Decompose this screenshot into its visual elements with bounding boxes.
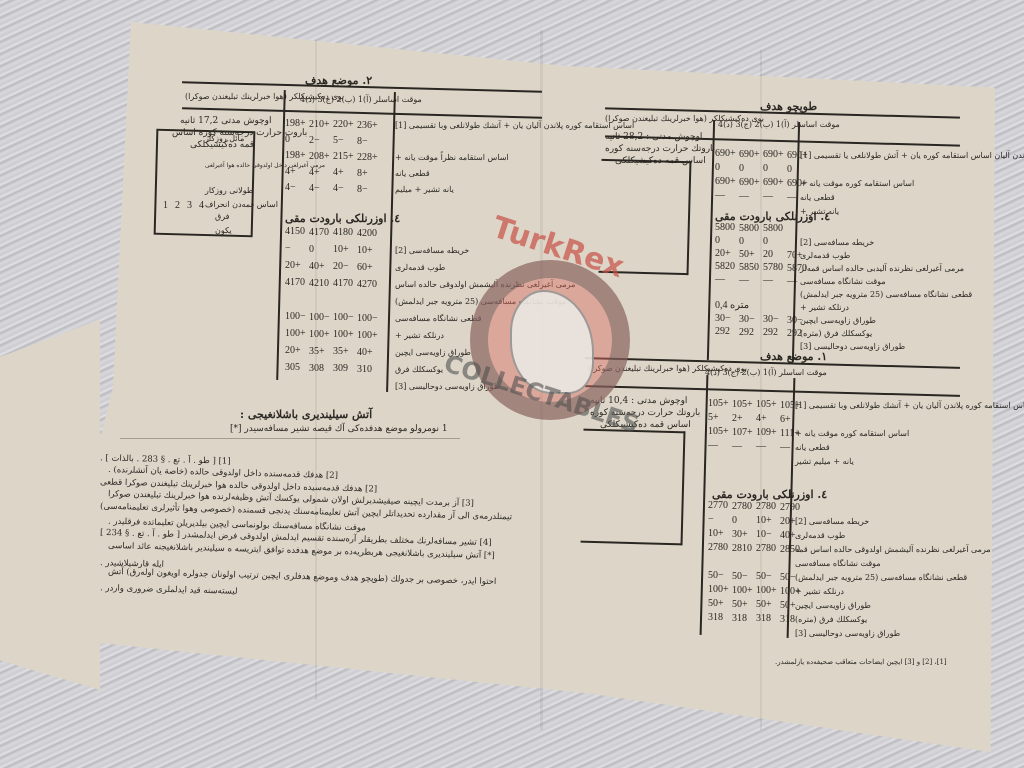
table-cell-value: 5+	[708, 412, 719, 423]
table-cell-value: 100+	[309, 329, 330, 340]
table-cell-value: 10+	[756, 515, 772, 526]
table-cell-value: 6+	[780, 414, 791, 425]
table-cell-value: 105+	[708, 426, 729, 437]
table-row-label: اساس استقامه كوره پلاندن آليان يان + آتش…	[795, 401, 1024, 410]
table-cell-value: 50+	[732, 599, 748, 610]
table-cell-value: 310	[357, 364, 372, 375]
table-cell-value: —	[787, 192, 797, 203]
table-cell-value: 4210	[309, 278, 329, 289]
table-cell-value: 100+	[333, 329, 354, 340]
table-cell-value: 2790	[780, 502, 800, 513]
table-cell-value: 10+	[333, 244, 349, 255]
table-row-label: موقت نشانگاه مسافه‌سى (25 مترويه جبر ايد…	[395, 297, 566, 306]
table-row-label: يوكسكلك فرق	[395, 365, 443, 374]
table-cell-value: 30−	[739, 314, 755, 325]
table-cell-value: 4270	[357, 279, 377, 290]
table-cell-value: 100+	[708, 584, 729, 595]
table-row-label: قطعى يانه	[800, 193, 835, 202]
table-cell-value: —	[739, 275, 749, 286]
table-cell-value: 2770	[708, 500, 728, 511]
table-cell-value: 4+	[285, 166, 296, 177]
table-row-label: اساس استقامه كوره پلاندن آليان يان + آتش…	[395, 121, 634, 130]
table-row-label: قطعى يانه	[795, 443, 830, 452]
table-cell-value: 2780	[756, 543, 776, 554]
table-cell-value: 50+	[739, 249, 755, 260]
table-row-label: مرمى آغيرلغى نظرنده آليدبى حالده اساس قم…	[800, 264, 964, 273]
table-cell-value: —	[756, 441, 766, 452]
table-cell-value: 4−	[309, 183, 320, 194]
table-cell-value: −	[285, 243, 291, 254]
table-cell-value: —	[715, 274, 725, 285]
table-cell-value: 318	[732, 613, 747, 624]
table-cell-value: 4170	[309, 227, 329, 238]
table-cell-value: —	[780, 442, 790, 453]
table-cell-value: —	[739, 191, 749, 202]
table-cell-value: 690+	[715, 176, 736, 187]
table-cell-value: 100+	[285, 328, 306, 339]
table-row-label: خريطه مسافه‌سى [2]	[800, 238, 874, 247]
table-cell-value: 5780	[763, 262, 783, 273]
table-cell-value: 2+	[732, 413, 743, 424]
table-row-label: قطعى نشانگاه مسافه‌سى (25 مترويه جبر ايد…	[795, 573, 967, 582]
table-cell-value: 50+	[756, 599, 772, 610]
notes-heading: آتش سيلينديرى باشلانغيجى :	[240, 408, 372, 421]
table-cell-value: 10+	[357, 245, 373, 256]
table-cell-value: 107+	[732, 427, 753, 438]
table-cell-value: 8−	[357, 136, 368, 147]
table-cell-value: 2780	[756, 501, 776, 512]
table-row-label: اساس استقامه كوره موقت يانه +	[800, 179, 914, 188]
table-row-label: درنلكه تشير +	[795, 587, 844, 596]
table-cell-value: 50+	[780, 600, 796, 611]
table-cell-value: 105+	[708, 398, 729, 409]
table-cell-value: 318	[780, 614, 795, 625]
table-cell-value: 228+	[357, 152, 378, 163]
table-cell-value: 50−	[756, 571, 772, 582]
table-row-label: يوكسكلك فرق (متره)	[800, 329, 872, 338]
table-row-label: درنلكه تشير +	[800, 303, 849, 312]
table-cell-value: 318	[756, 613, 771, 624]
table-cell-value: 0,4 متره	[715, 300, 749, 311]
table-cell-value: —	[732, 441, 742, 452]
table-cell-value: 60+	[357, 262, 373, 273]
table-cell-value: 4+	[333, 167, 344, 178]
table-cell-value: 100+	[756, 585, 777, 596]
table-cell-value: 30−	[763, 314, 779, 325]
table-cell-value: 4+	[756, 413, 767, 424]
table-cell-value: 100−	[309, 312, 330, 323]
table-cell-value: 10+	[708, 528, 724, 539]
table-cell-value: 0	[715, 235, 720, 246]
table-cell-value: 220+	[333, 119, 354, 130]
table-cell-value: 2780	[708, 542, 728, 553]
table-cell-value: 50−	[708, 570, 724, 581]
table-cell-value: 309	[333, 363, 348, 374]
table-cell-value: 0	[739, 236, 744, 247]
table-row-label: اساس استقامه كوره موقت يانه +	[795, 429, 909, 438]
table-row-label: يوكسكلك فرق (متره)	[795, 615, 867, 624]
table-cell-value: 690+	[715, 148, 736, 159]
table-cell-value: 5800	[763, 223, 783, 234]
table-cell-value: 100−	[357, 313, 378, 324]
table-cell-value: 5−	[333, 135, 344, 146]
table-row-label: طوراق زاويه‌سى ايچين	[395, 348, 471, 357]
table-cell-value: 5800	[739, 223, 759, 234]
table-cell-value: 215+	[333, 151, 354, 162]
table-cell-value: 208+	[309, 151, 330, 162]
table-row-label: موقت نشانگاه مسافه‌سى	[795, 559, 881, 568]
table-row-label: طوراق زاويه‌سى ايچين	[800, 316, 876, 325]
table-cell-value: 5850	[739, 262, 759, 273]
table-cell-value: 50−	[732, 571, 748, 582]
table-cell-value: 4+	[309, 167, 320, 178]
table-cell-value: 105+	[732, 399, 753, 410]
table-cell-value: 40+	[309, 261, 325, 272]
table-cell-value: 0	[732, 515, 737, 526]
table-cell-value: 5820	[715, 261, 735, 272]
table-cell-value: 4−	[285, 182, 296, 193]
table-row-label: مرمى آغيرلغى نظرنده آليشمش اولدوقى حالده…	[795, 545, 991, 554]
notes-subheading: 1 نومرولو موضع هدفده‌كى آك قيصه تشير مسا…	[230, 424, 448, 434]
table-cell-value: 4200	[357, 228, 377, 239]
table-cell-value: 100−	[285, 311, 306, 322]
table-cell-value: 292	[739, 327, 754, 338]
table-cell-value: 292	[763, 327, 778, 338]
table-cell-value: 0	[787, 164, 792, 175]
table-cell-value: 2810	[732, 543, 752, 554]
table-cell-value: 690+	[763, 149, 784, 160]
table-cell-value: 35+	[333, 346, 349, 357]
table-row-label: پلاندن آليان اساس استقامه كوره يان + آتش…	[800, 151, 1024, 160]
table-cell-value: 0	[309, 244, 314, 255]
table-cell-value: 4−	[333, 183, 344, 194]
table-row-label: طوب قدمه‌لرى	[395, 263, 445, 272]
table-row-label: يانه + ميليم تشير	[795, 457, 854, 466]
table-cell-value: 100+	[357, 330, 378, 341]
table-cell-value: 30−	[715, 313, 731, 324]
table-row-label: طوراق زاويه‌سى ايچين	[795, 601, 871, 610]
table-cell-value: —	[763, 275, 773, 286]
table-cell-value: 0	[763, 236, 768, 247]
table-cell-value: 35+	[309, 346, 325, 357]
table-cell-value: 4170	[333, 278, 353, 289]
table-cell-value: 0	[285, 134, 290, 145]
table-row-label: طوراق زاويه‌سى دوحاليسى [3]	[795, 629, 900, 638]
table-cell-value: 20+	[715, 248, 731, 259]
table-row-label: طوراق زاويه‌سى دوحاليسى [3]	[395, 382, 500, 391]
table-row-label: طوب قدمه‌لرى	[795, 531, 845, 540]
table-row-label: درنلكه تشير +	[395, 331, 444, 340]
table-cell-value: 4180	[333, 227, 353, 238]
table-cell-value: 198+	[285, 118, 306, 129]
table-cell-value: 5800	[715, 222, 735, 233]
table-cell-value: —	[763, 191, 773, 202]
table-cell-value: 292	[715, 326, 730, 337]
table-cell-value: 109+	[756, 427, 777, 438]
table-cell-value: —	[715, 190, 725, 201]
table-cell-value: —	[787, 276, 797, 287]
table-cell-value: 100+	[732, 585, 753, 596]
document-photo: ٢. موضع هدف بوى ده‌كيشيكلكر (هوا خبرلرين…	[0, 0, 1024, 768]
table-cell-value: −	[708, 514, 714, 525]
table-row-label: قطعى يانه	[395, 169, 430, 178]
table-row-label: قطعى نشانگاه مسافه‌سى	[395, 314, 481, 323]
table-cell-value: —	[708, 440, 718, 451]
table-cell-value: 50−	[780, 572, 796, 583]
table-cell-value: 305	[285, 362, 300, 373]
left-range-header: ٤. اوزرنلكى بارودت مقى	[285, 212, 400, 225]
table-cell-value: 0	[763, 163, 768, 174]
table-cell-value: 105+	[756, 399, 777, 410]
table-cell-value: 0	[739, 163, 744, 174]
table-row-label: موقت نشانگاه مسافه‌سى	[800, 277, 886, 286]
table-cell-value: 690+	[763, 177, 784, 188]
fold-crease-vertical	[540, 30, 543, 730]
left-correction-grid	[154, 129, 256, 238]
table-row-label: مرمى آغيرلغى نظرنده آليشمش اولدوقى حالده…	[395, 280, 575, 289]
table-cell-value: 690+	[739, 177, 760, 188]
table-cell-value: 10−	[756, 529, 772, 540]
table-cell-value: 2−	[309, 135, 320, 146]
footnote: [1]، [2] و [3] ايچين ايضاحات متعاقب صحيف…	[775, 658, 947, 666]
table-cell-value: 4170	[285, 277, 305, 288]
table-cell-value: 30+	[732, 529, 748, 540]
left-header-cols: موقت اساسلر (آ)1 (ب)2 (ج)3 (د)4	[300, 95, 422, 104]
table-cell-value: 20−	[333, 261, 349, 272]
table-cell-value: 0	[715, 162, 720, 173]
table-cell-value: 318	[708, 612, 723, 623]
table-cell-value: 308	[309, 363, 324, 374]
table-cell-value: 100−	[333, 312, 354, 323]
table-cell-value: 20+	[285, 260, 301, 271]
table-cell-value: 40+	[780, 530, 796, 541]
table-cell-value: 4150	[285, 226, 305, 237]
table-row-label: يانه تشير + ميليم	[395, 185, 454, 194]
table-cell-value: 50+	[708, 598, 724, 609]
table-cell-value: 2780	[732, 501, 752, 512]
table-cell-value: 8−	[357, 184, 368, 195]
table-cell-value: 198+	[285, 150, 306, 161]
table-cell-value: 210+	[309, 119, 330, 130]
flight-time-text: اوچوش مدتی 17,2 ثانیه	[180, 116, 272, 126]
table-row-label: طوب قدمه‌لرى	[800, 251, 850, 260]
table-row-label: اساس استقامه نظراً موقت يانه +	[395, 153, 509, 162]
table-row-label: خريطه مسافه‌سى [2]	[395, 246, 469, 255]
table-cell-value: 8+	[357, 168, 368, 179]
table-cell-value: 20	[763, 249, 773, 260]
table-cell-value: 40+	[357, 347, 373, 358]
table-row-label: قطعى نشانگاه مسافه‌سى (25 مترويه جبر ايد…	[800, 290, 972, 299]
table-cell-value: 20+	[780, 516, 796, 527]
table-cell-value: 236+	[357, 120, 378, 131]
table-cell-value: 690+	[739, 149, 760, 160]
table-row-label: خريطه مسافه‌سى [2]	[795, 517, 869, 526]
table-cell-value: 20+	[285, 345, 301, 356]
